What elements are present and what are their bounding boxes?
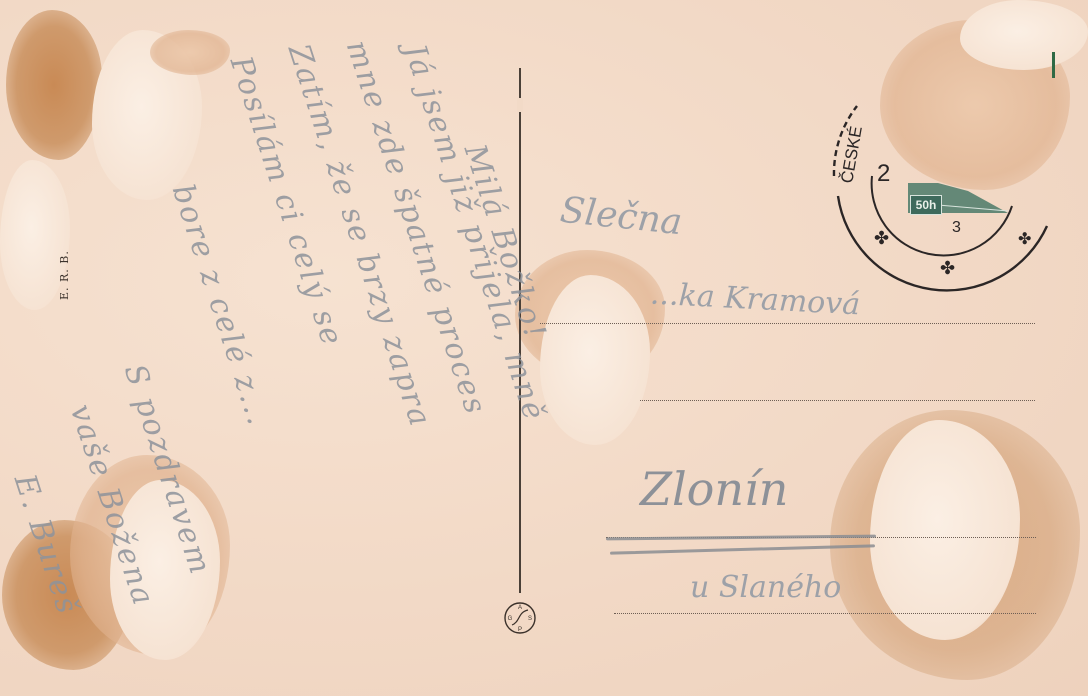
stamp-value: 50h [910,195,942,215]
logo-letter-bottom: P [518,627,522,633]
address-line4-text: u Slaného [690,570,841,605]
address-line1-text: Slečna [558,190,684,244]
address-line-4 [614,613,1036,614]
stain-top-left [6,10,102,160]
address-line-1 [540,323,1035,324]
logo-letter-top: A [518,605,522,611]
address-line3-text: Zlonín [640,462,788,516]
svg-text:✤: ✤ [940,258,955,279]
divider-gap [517,98,523,112]
stain-top-left-small [150,30,230,75]
publisher-logo-icon: A G S P [500,598,540,638]
postmark-day: 2 [877,160,890,187]
peel-middle [540,275,650,445]
publisher-mark: E. R. B. [58,250,71,300]
peel-top-right [960,0,1088,70]
postcard-back: E. R. B. A G S P Slečna ...ka Kramová Zl… [0,0,1088,696]
svg-text:✤: ✤ [1018,229,1031,248]
message-line-6: bore z celé z... [165,180,276,431]
address-line-2 [640,400,1035,401]
logo-letter-left: G [508,616,513,622]
svg-text:✤: ✤ [874,228,889,249]
stamp-edge-mark [1052,52,1055,78]
logo-letter-right: S [528,616,532,622]
